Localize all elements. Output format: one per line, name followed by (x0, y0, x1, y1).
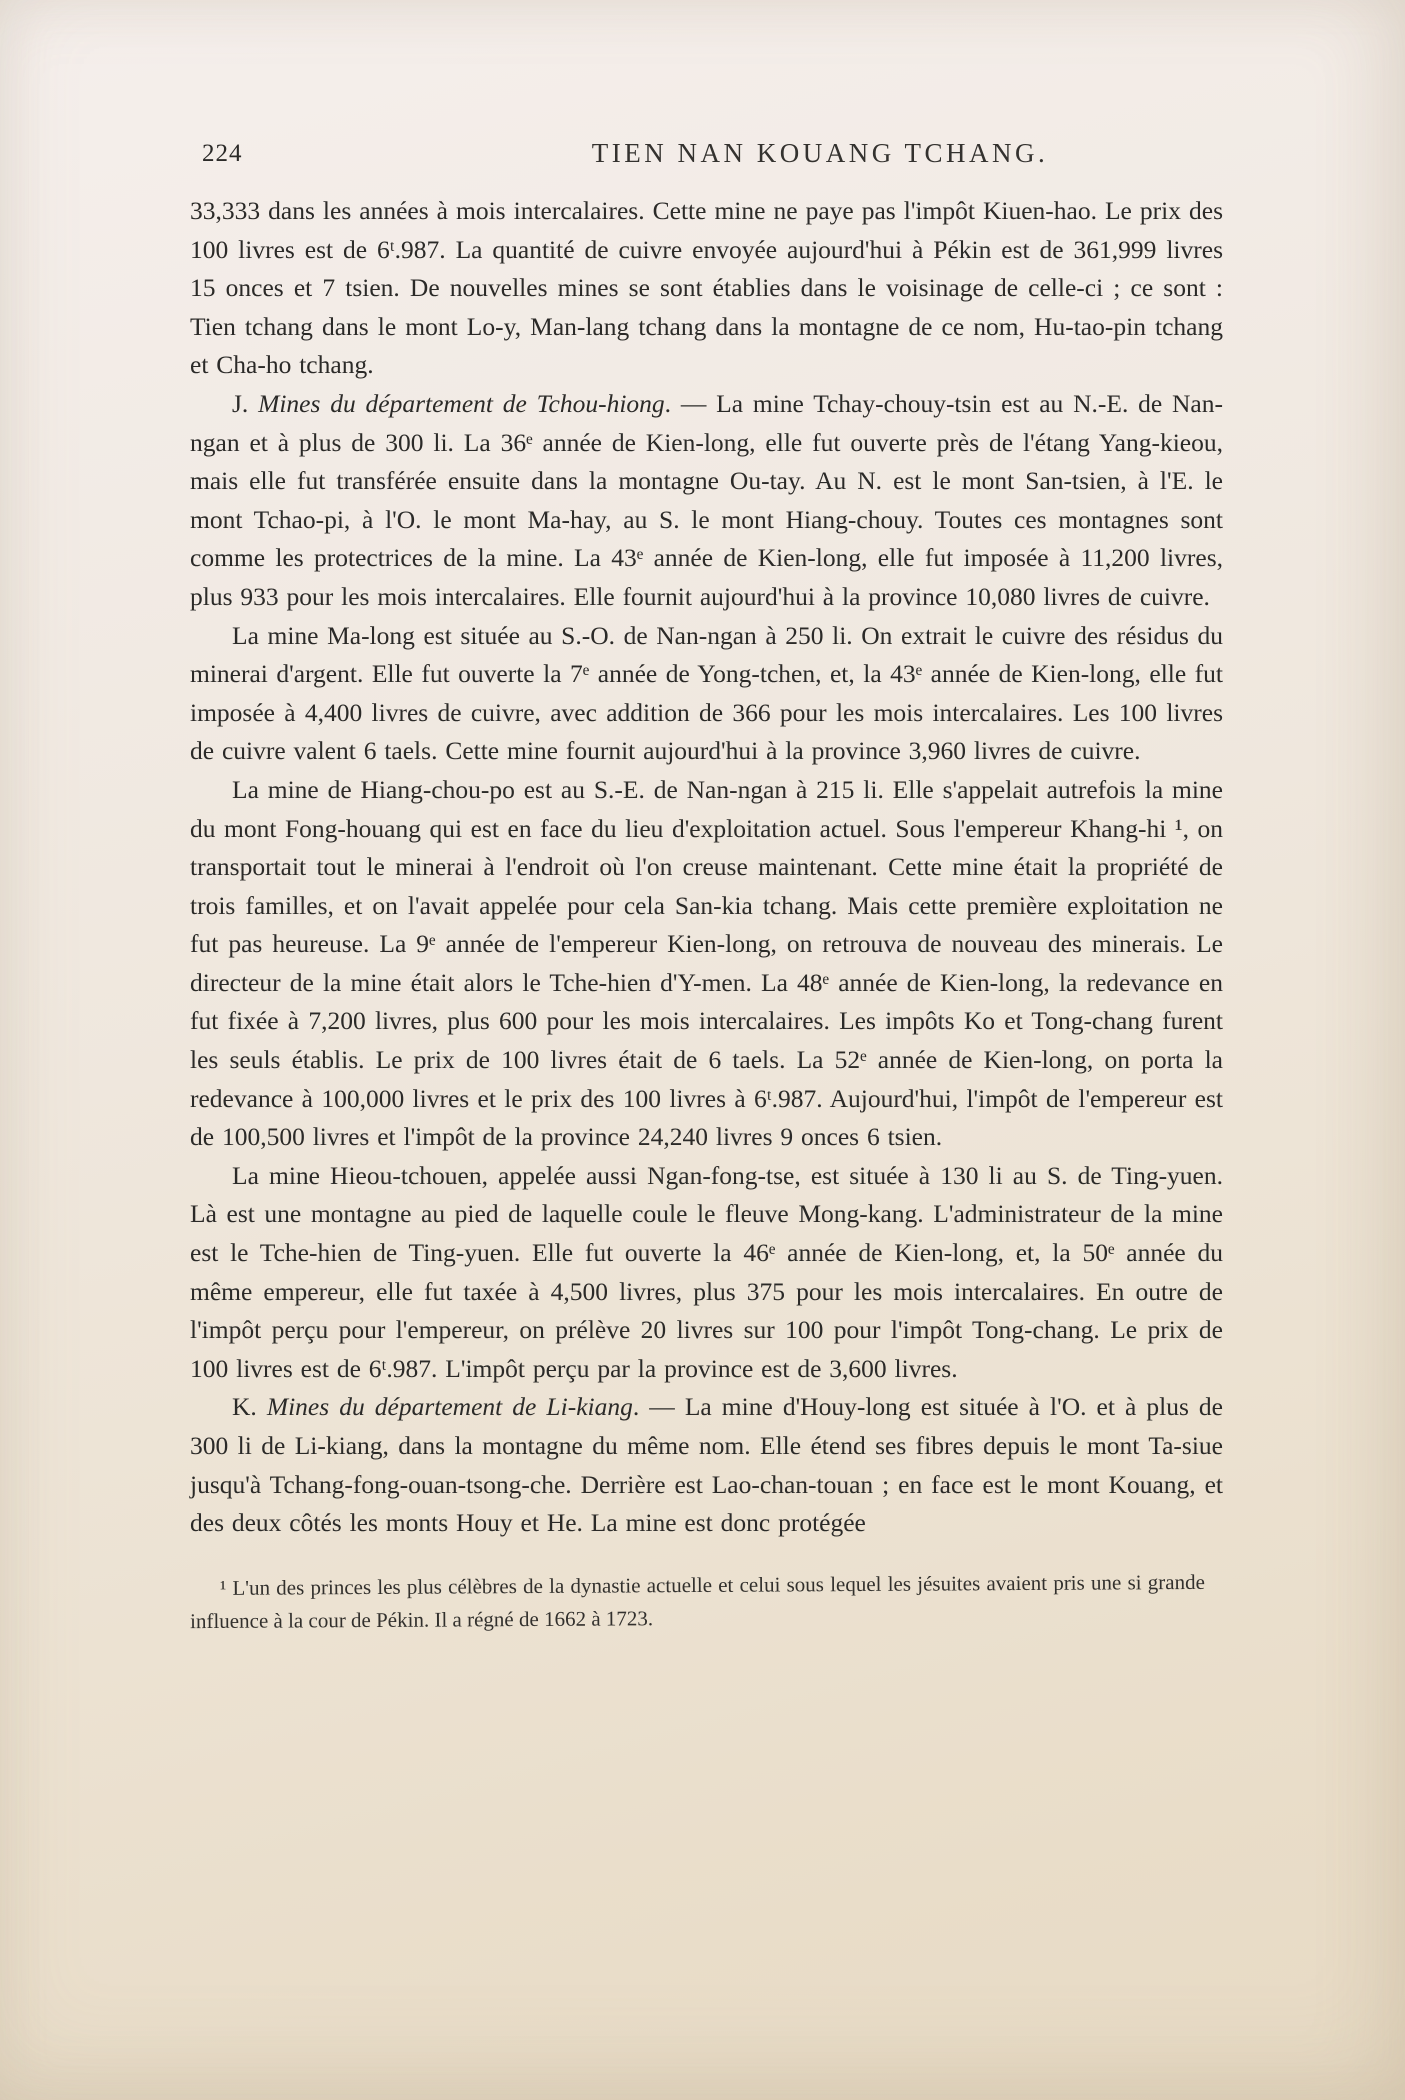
paragraph-text: 33,333 dans les années à mois intercalai… (190, 196, 1223, 379)
footnote-text: ¹ L'un des princes les plus célèbres de … (190, 1570, 1205, 1633)
paragraph-section-k: K. Mines du département de Li-kiang. — L… (190, 1388, 1223, 1542)
footnote: ¹ L'un des princes les plus célèbres de … (190, 1566, 1205, 1638)
section-letter: K. (232, 1392, 267, 1421)
section-heading-italic: Mines du département de Tchou-hiong (258, 389, 665, 418)
section-heading-italic: Mines du département de Li-kiang (267, 1392, 633, 1421)
page-number: 224 (202, 140, 243, 168)
paragraph-text: La mine Ma-long est située au S.-O. de N… (190, 621, 1223, 766)
section-letter: J. (232, 389, 258, 418)
page-header: 224 TIEN NAN KOUANG TCHANG. (190, 138, 1223, 172)
paragraph-text: La mine Hieou-tchouen, appelée aussi Nga… (190, 1161, 1223, 1383)
running-title: TIEN NAN KOUANG TCHANG. (592, 138, 1048, 169)
paragraph-continuation: 33,333 dans les années à mois intercalai… (190, 192, 1223, 385)
body-text: 33,333 dans les années à mois intercalai… (190, 192, 1223, 1543)
scanned-book-page: 224 TIEN NAN KOUANG TCHANG. 33,333 dans … (0, 0, 1405, 2100)
paragraph-hieou-tchouen: La mine Hieou-tchouen, appelée aussi Nga… (190, 1157, 1223, 1389)
text-block: 224 TIEN NAN KOUANG TCHANG. 33,333 dans … (190, 138, 1223, 1635)
paragraph-ma-long: La mine Ma-long est située au S.-O. de N… (190, 617, 1223, 771)
paragraph-text: La mine de Hiang-chou-po est au S.-E. de… (190, 775, 1223, 1151)
paragraph-text: . — La mine Tchay-chouy-tsin est au N.-E… (190, 389, 1223, 611)
paragraph-hiang-chou-po: La mine de Hiang-chou-po est au S.-E. de… (190, 771, 1223, 1157)
paragraph-section-j: J. Mines du département de Tchou-hiong. … (190, 385, 1223, 617)
